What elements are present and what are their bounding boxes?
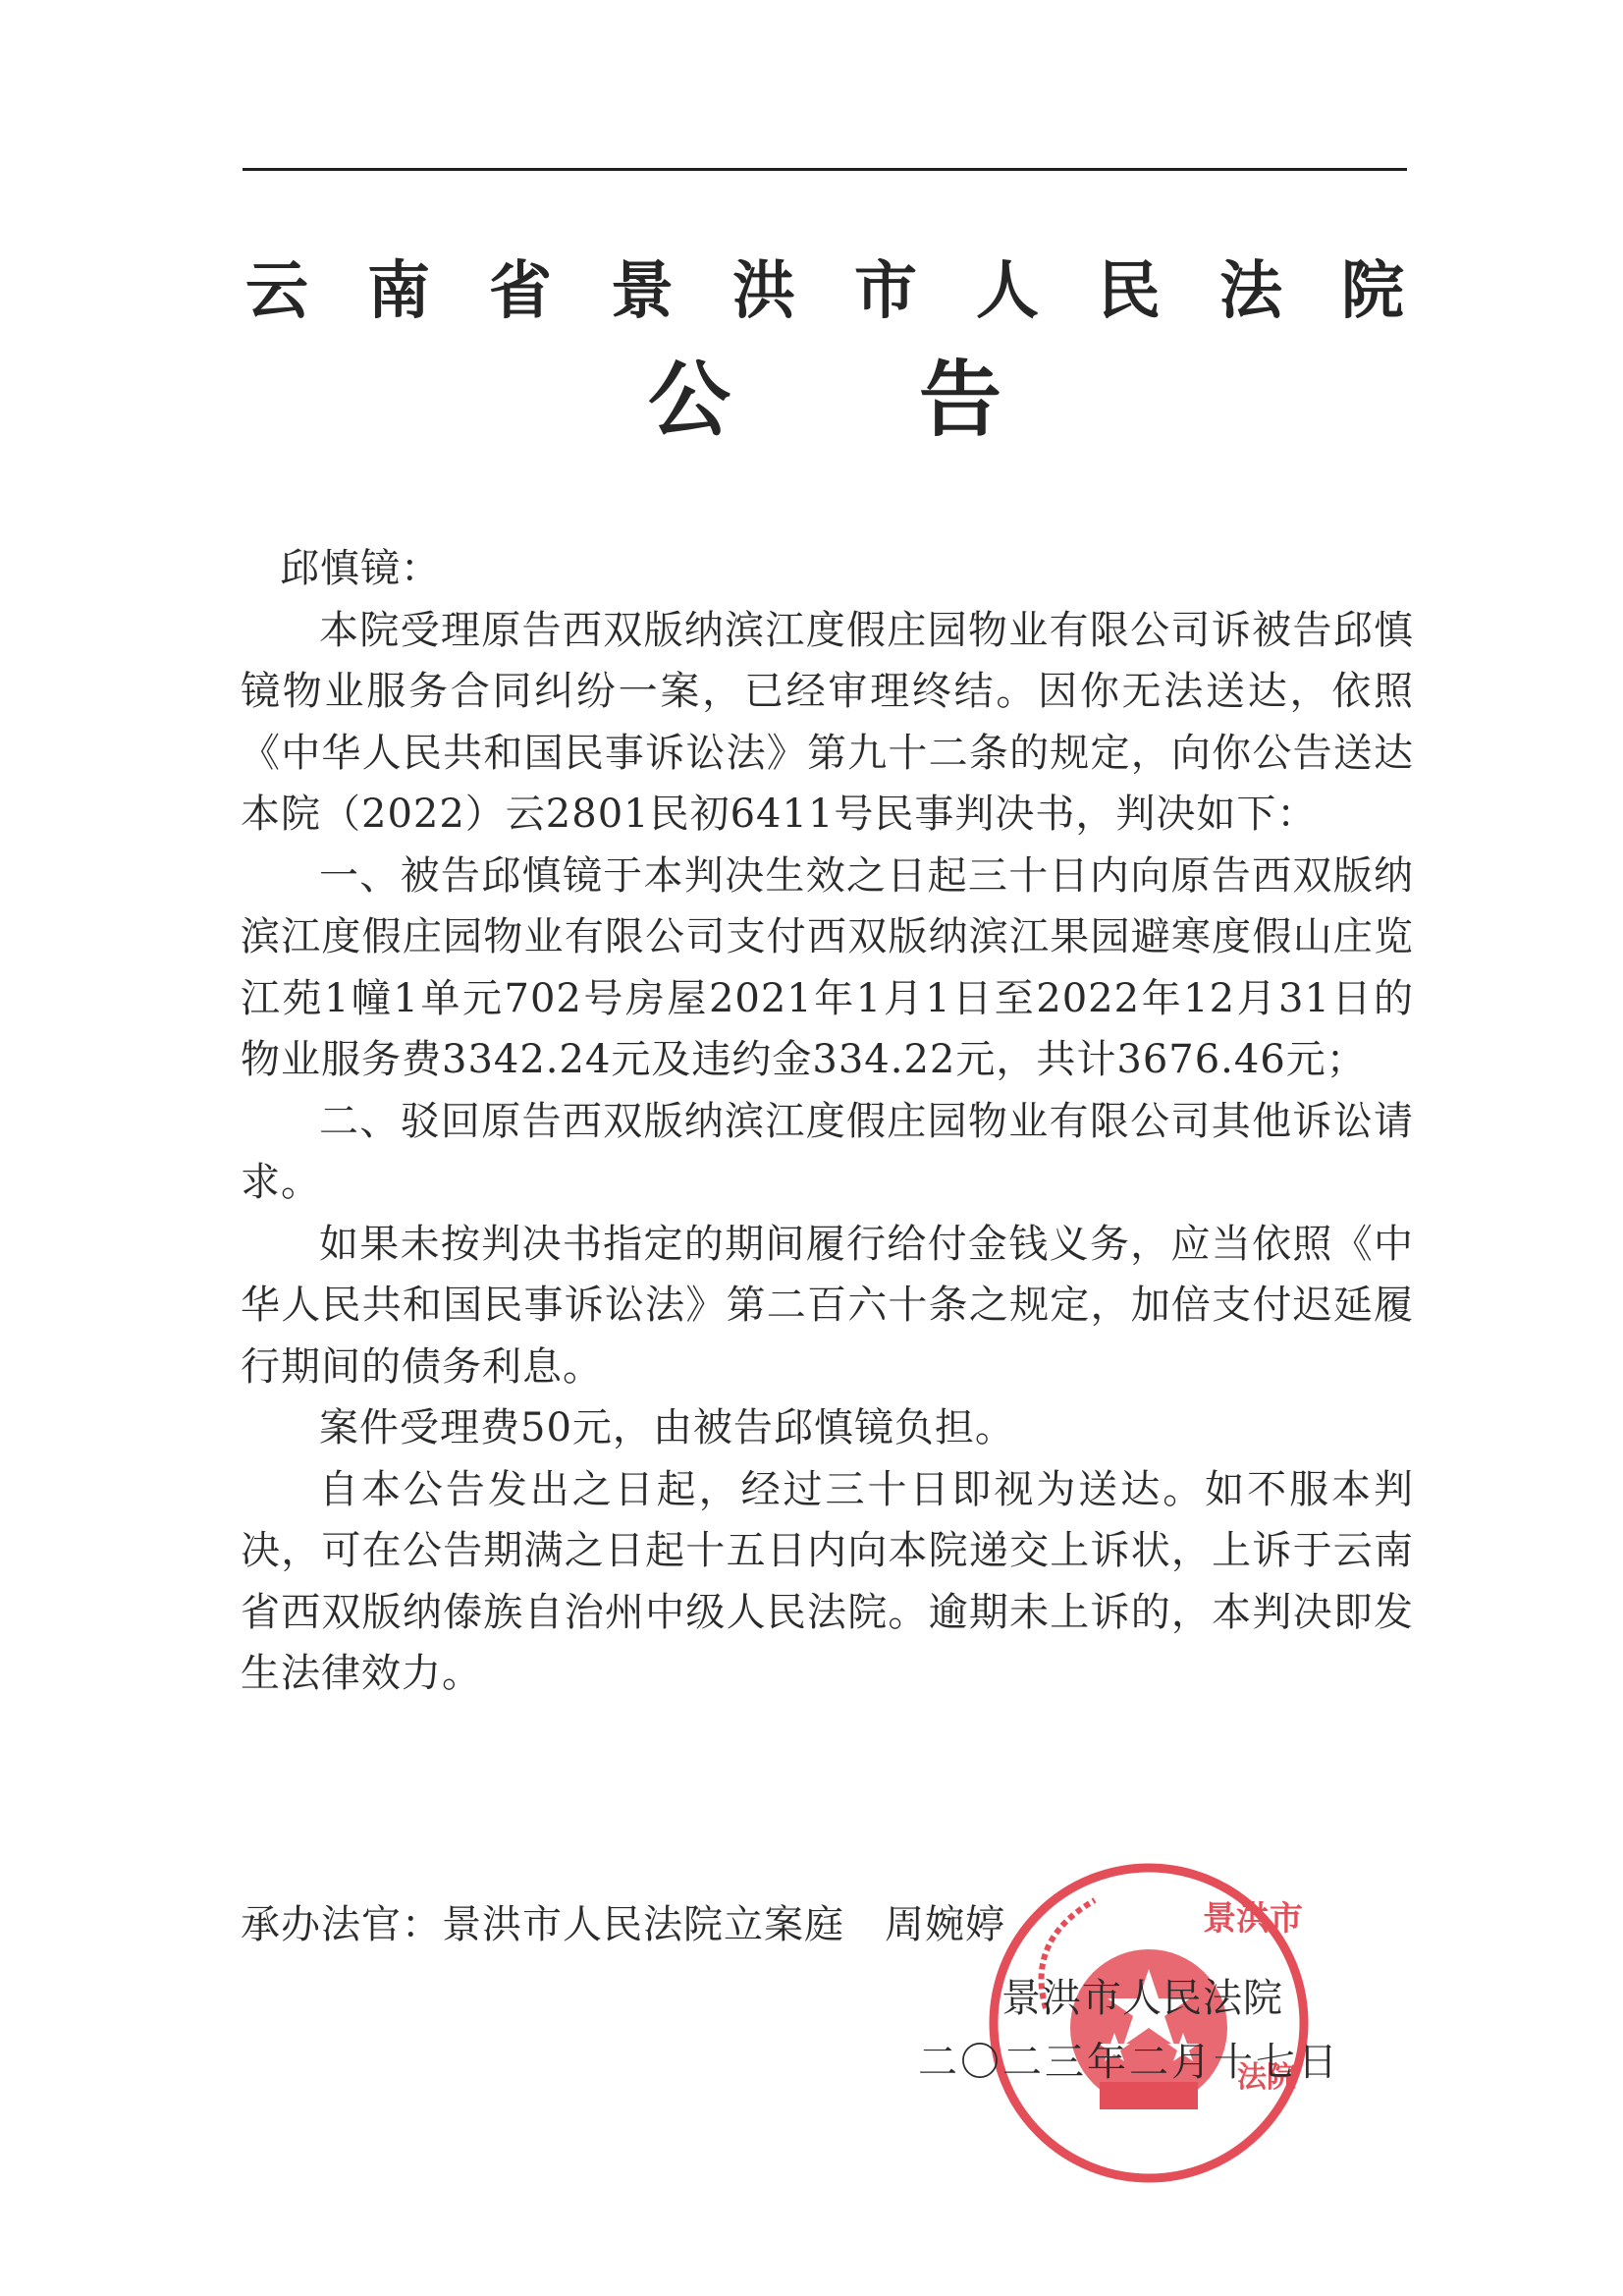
notice-body: 邱慎镜： 本院受理原告西双版纳滨江度假庄园物业有限公司诉被告邱慎镜物业服务合同纠… <box>241 538 1414 1705</box>
judge-line: 承办法官：景洪市人民法院立案庭 周婉婷 <box>241 1893 1005 1949</box>
header-rule <box>243 168 1407 171</box>
title-char: 市 <box>854 241 917 331</box>
title-char: 洪 <box>732 241 795 331</box>
paragraph-case-fee: 案件受理费50元，由被告邱慎镜负担。 <box>241 1397 1414 1459</box>
title-char: 南 <box>367 241 430 331</box>
title-char: 云 <box>245 241 308 331</box>
paragraph-appeal: 自本公告发出之日起，经过三十日即视为送达。如不服本判决，可在公告期满之日起十五日… <box>241 1459 1414 1705</box>
court-title: 云 南 省 景 洪 市 人 民 法 院 <box>245 241 1404 331</box>
court-seal-icon: 景洪市 法院 <box>987 1861 1311 2185</box>
paragraph-ruling-2: 二、驳回原告西双版纳滨江度假庄园物业有限公司其他诉讼请求。 <box>241 1091 1414 1214</box>
title-char: 省 <box>489 241 552 331</box>
title-char: 人 <box>976 241 1039 331</box>
title-char: 景 <box>611 241 674 331</box>
paragraph-case-intro: 本院受理原告西双版纳滨江度假庄园物业有限公司诉被告邱慎镜物业服务合同纠纷一案，已… <box>241 600 1414 846</box>
court-signature: 景洪市人民法院 <box>1001 1967 1283 2023</box>
title-char: 法 <box>1219 241 1282 331</box>
salutation: 邱慎镜： <box>241 538 1414 600</box>
title-char: 院 <box>1341 241 1404 331</box>
issue-date: 二〇二三年二月十七日 <box>918 2031 1340 2087</box>
svg-text:景洪市: 景洪市 <box>1203 1899 1303 1939</box>
paragraph-late-interest: 如果未按判决书指定的期间履行给付金钱义务，应当依照《中华人民共和国民事诉讼法》第… <box>241 1214 1414 1398</box>
title-char: 民 <box>1098 241 1161 331</box>
notice-char: 公 <box>648 334 730 453</box>
notice-char: 告 <box>919 334 1001 453</box>
notice-title: 公 告 <box>648 334 1001 453</box>
paragraph-ruling-1: 一、被告邱慎镜于本判决生效之日起三十日内向原告西双版纳滨江度假庄园物业有限公司支… <box>241 846 1414 1091</box>
